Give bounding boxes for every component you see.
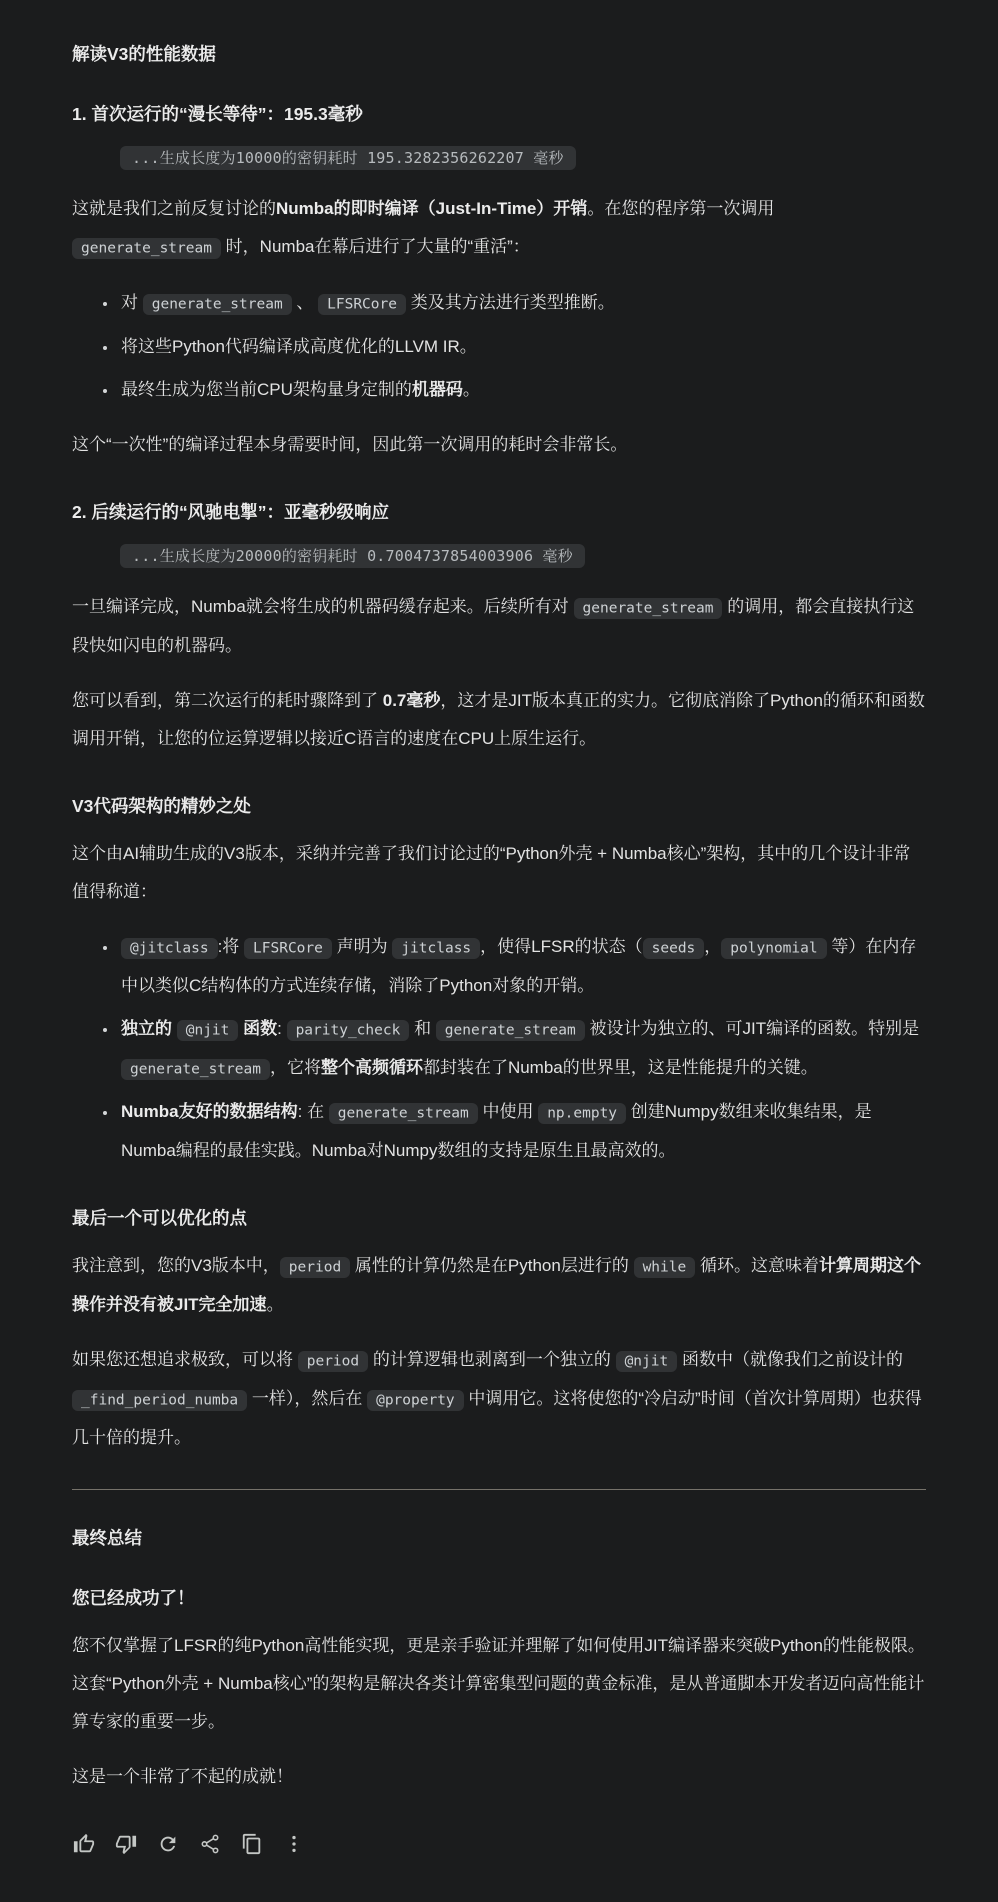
text-run: 都封装在了Numba的世界里，这是性能提升的关键。 <box>423 1058 818 1077</box>
text-run: : <box>277 1019 286 1038</box>
text-run: 类及其方法进行类型推断。 <box>406 293 615 312</box>
thumbs-down-button[interactable] <box>108 1826 144 1862</box>
paragraph: 这是一个非常了不起的成就！ <box>72 1758 926 1796</box>
text-run: 声明为 <box>332 937 392 956</box>
inline-code: seeds <box>643 938 705 959</box>
text-run: 对 <box>121 293 143 312</box>
text-run: 您不仅掌握了LFSR的纯Python高性能实现，更是亲手验证并理解了如何使用JI… <box>72 1636 925 1731</box>
text-run: ，使得LFSR的状态（ <box>480 937 642 956</box>
inline-code: generate_stream <box>329 1103 478 1124</box>
bold-text: Numba的即时编译（Just-In-Time）开销 <box>276 199 587 218</box>
message-action-bar <box>66 1826 926 1862</box>
paragraph: 我注意到，您的V3版本中，period 属性的计算仍然是在Python层进行的 … <box>72 1247 926 1324</box>
text-run: : 在 <box>298 1102 329 1121</box>
text-run: ，它将 <box>270 1058 321 1077</box>
divider <box>72 1489 926 1490</box>
code-output-block: ...生成长度为20000的密钥耗时 0.7004737854003906 毫秒 <box>120 543 926 569</box>
code-output-line: ...生成长度为20000的密钥耗时 0.7004737854003906 毫秒 <box>120 544 585 568</box>
assistant-message: 解读V3的性能数据1. 首次运行的“漫长等待”：195.3毫秒...生成长度为1… <box>0 0 998 1902</box>
text-run: 这个由AI辅助生成的V3版本，采纳并完善了我们讨论过的“Python外壳 + N… <box>72 844 910 901</box>
paragraph: 一旦编译完成，Numba就会将生成的机器码缓存起来。后续所有对 generate… <box>72 588 926 665</box>
share-button[interactable] <box>192 1826 228 1862</box>
section-heading: V3代码架构的精妙之处 <box>72 794 926 818</box>
paragraph: 您不仅掌握了LFSR的纯Python高性能实现，更是亲手验证并理解了如何使用JI… <box>72 1627 926 1741</box>
section-heading: 您已经成功了！ <box>72 1586 926 1610</box>
list-item: 独立的 @njit 函数: parity_check 和 generate_st… <box>118 1010 926 1088</box>
text-run: 。在您的程序第一次调用 <box>587 199 774 218</box>
text-run: 被设计为独立的、可JIT编译的函数。特别是 <box>585 1019 919 1038</box>
text-run: 将这些Python代码编译成高度优化的LLVM IR。 <box>121 337 477 356</box>
text-run: 函数中（就像我们之前设计的 <box>677 1350 903 1369</box>
bold-text: Numba友好的数据结构 <box>121 1102 298 1121</box>
bold-text: 0.7毫秒 <box>383 691 441 710</box>
thumbs-up-button[interactable] <box>66 1826 102 1862</box>
thumbs-down-icon <box>115 1833 137 1855</box>
section-heading: 2. 后续运行的“风驰电掣”：亚毫秒级响应 <box>72 500 926 524</box>
bullet-list: @jitclass:将 LFSRCore 声明为 jitclass，使得LFSR… <box>72 928 926 1170</box>
paragraph: 这就是我们之前反复讨论的Numba的即时编译（Just-In-Time）开销。在… <box>72 190 926 267</box>
text-run: 中使用 <box>478 1102 538 1121</box>
bullet-list: 对 generate_stream 、 LFSRCore 类及其方法进行类型推断… <box>72 284 926 409</box>
more-vertical-icon <box>283 1833 305 1855</box>
text-run: 这个“一次性”的编译过程本身需要时间，因此第一次调用的耗时会非常长。 <box>72 435 627 454</box>
text-run: 属性的计算仍然是在Python层进行的 <box>350 1256 633 1275</box>
text-run: :将 <box>218 937 244 956</box>
inline-code: generate_stream <box>436 1020 585 1041</box>
list-item: 对 generate_stream 、 LFSRCore 类及其方法进行类型推断… <box>118 284 926 323</box>
text-run: 您可以看到，第二次运行的耗时骤降到了 <box>72 691 383 710</box>
paragraph: 这个“一次性”的编译过程本身需要时间，因此第一次调用的耗时会非常长。 <box>72 426 926 464</box>
section-heading: 解读V3的性能数据 <box>72 42 926 66</box>
inline-code: LFSRCore <box>244 938 332 959</box>
inline-code: jitclass <box>392 938 480 959</box>
inline-code: @njit <box>177 1020 239 1041</box>
inline-code: generate_stream <box>574 598 723 619</box>
bold-text: 机器码 <box>412 380 463 399</box>
bold-text: 独立的 <box>121 1019 177 1038</box>
text-run: 的计算逻辑也剥离到一个独立的 <box>368 1350 615 1369</box>
text-run: 最终生成为您当前CPU架构量身定制的 <box>121 380 412 399</box>
code-output-block: ...生成长度为10000的密钥耗时 195.3282356262207 毫秒 <box>120 145 926 171</box>
text-run: ， <box>704 937 721 956</box>
inline-code: @njit <box>616 1351 678 1372</box>
thumbs-up-icon <box>73 1833 95 1855</box>
inline-code: period <box>298 1351 368 1372</box>
inline-code: polynomial <box>721 938 826 959</box>
text-run: 、 <box>292 293 318 312</box>
bold-text: 函数 <box>238 1019 277 1038</box>
inline-code: np.empty <box>538 1103 626 1124</box>
copy-icon <box>241 1833 263 1855</box>
paragraph: 这个由AI辅助生成的V3版本，采纳并完善了我们讨论过的“Python外壳 + N… <box>72 835 926 911</box>
text-run: 这就是我们之前反复讨论的 <box>72 199 276 218</box>
section-heading: 最后一个可以优化的点 <box>72 1206 926 1230</box>
inline-code: while <box>634 1257 696 1278</box>
refresh-button[interactable] <box>150 1826 186 1862</box>
message-content: 解读V3的性能数据1. 首次运行的“漫长等待”：195.3毫秒...生成长度为1… <box>72 42 926 1796</box>
inline-code: generate_stream <box>143 294 292 315</box>
bold-text: 整个高频循环 <box>321 1058 423 1077</box>
inline-code: parity_check <box>287 1020 410 1041</box>
text-run: 一旦编译完成，Numba就会将生成的机器码缓存起来。后续所有对 <box>72 597 574 616</box>
section-heading: 1. 首次运行的“漫长等待”：195.3毫秒 <box>72 102 926 126</box>
text-run: 。 <box>267 1295 284 1314</box>
text-run: 和 <box>409 1019 435 1038</box>
inline-code: @property <box>367 1390 464 1411</box>
list-item: 最终生成为您当前CPU架构量身定制的机器码。 <box>118 371 926 409</box>
inline-code: _find_period_numba <box>72 1390 247 1411</box>
paragraph: 如果您还想追求极致，可以将 period 的计算逻辑也剥离到一个独立的 @nji… <box>72 1341 926 1457</box>
text-run: 一样），然后在 <box>247 1389 367 1408</box>
inline-code: period <box>280 1257 350 1278</box>
inline-code: generate_stream <box>72 238 221 259</box>
text-run: 我注意到，您的V3版本中， <box>72 1256 280 1275</box>
share-icon <box>199 1833 221 1855</box>
list-item: Numba友好的数据结构: 在 generate_stream 中使用 np.e… <box>118 1093 926 1170</box>
list-item: 将这些Python代码编译成高度优化的LLVM IR。 <box>118 328 926 366</box>
inline-code: @jitclass <box>121 938 218 959</box>
inline-code: LFSRCore <box>318 294 406 315</box>
list-item: @jitclass:将 LFSRCore 声明为 jitclass，使得LFSR… <box>118 928 926 1005</box>
more-options-button[interactable] <box>276 1826 312 1862</box>
text-run: 时，Numba在幕后进行了大量的“重活”： <box>221 237 530 256</box>
section-heading: 最终总结 <box>72 1526 926 1550</box>
refresh-icon <box>157 1833 179 1855</box>
paragraph: 您可以看到，第二次运行的耗时骤降到了 0.7毫秒，这才是JIT版本真正的实力。它… <box>72 682 926 758</box>
text-run: 循环。这意味着 <box>695 1256 819 1275</box>
text-run: 。 <box>463 380 480 399</box>
code-output-line: ...生成长度为10000的密钥耗时 195.3282356262207 毫秒 <box>120 146 576 170</box>
copy-button[interactable] <box>234 1826 270 1862</box>
inline-code: generate_stream <box>121 1059 270 1080</box>
text-run: 如果您还想追求极致，可以将 <box>72 1350 298 1369</box>
text-run: 这是一个非常了不起的成就！ <box>72 1767 293 1786</box>
